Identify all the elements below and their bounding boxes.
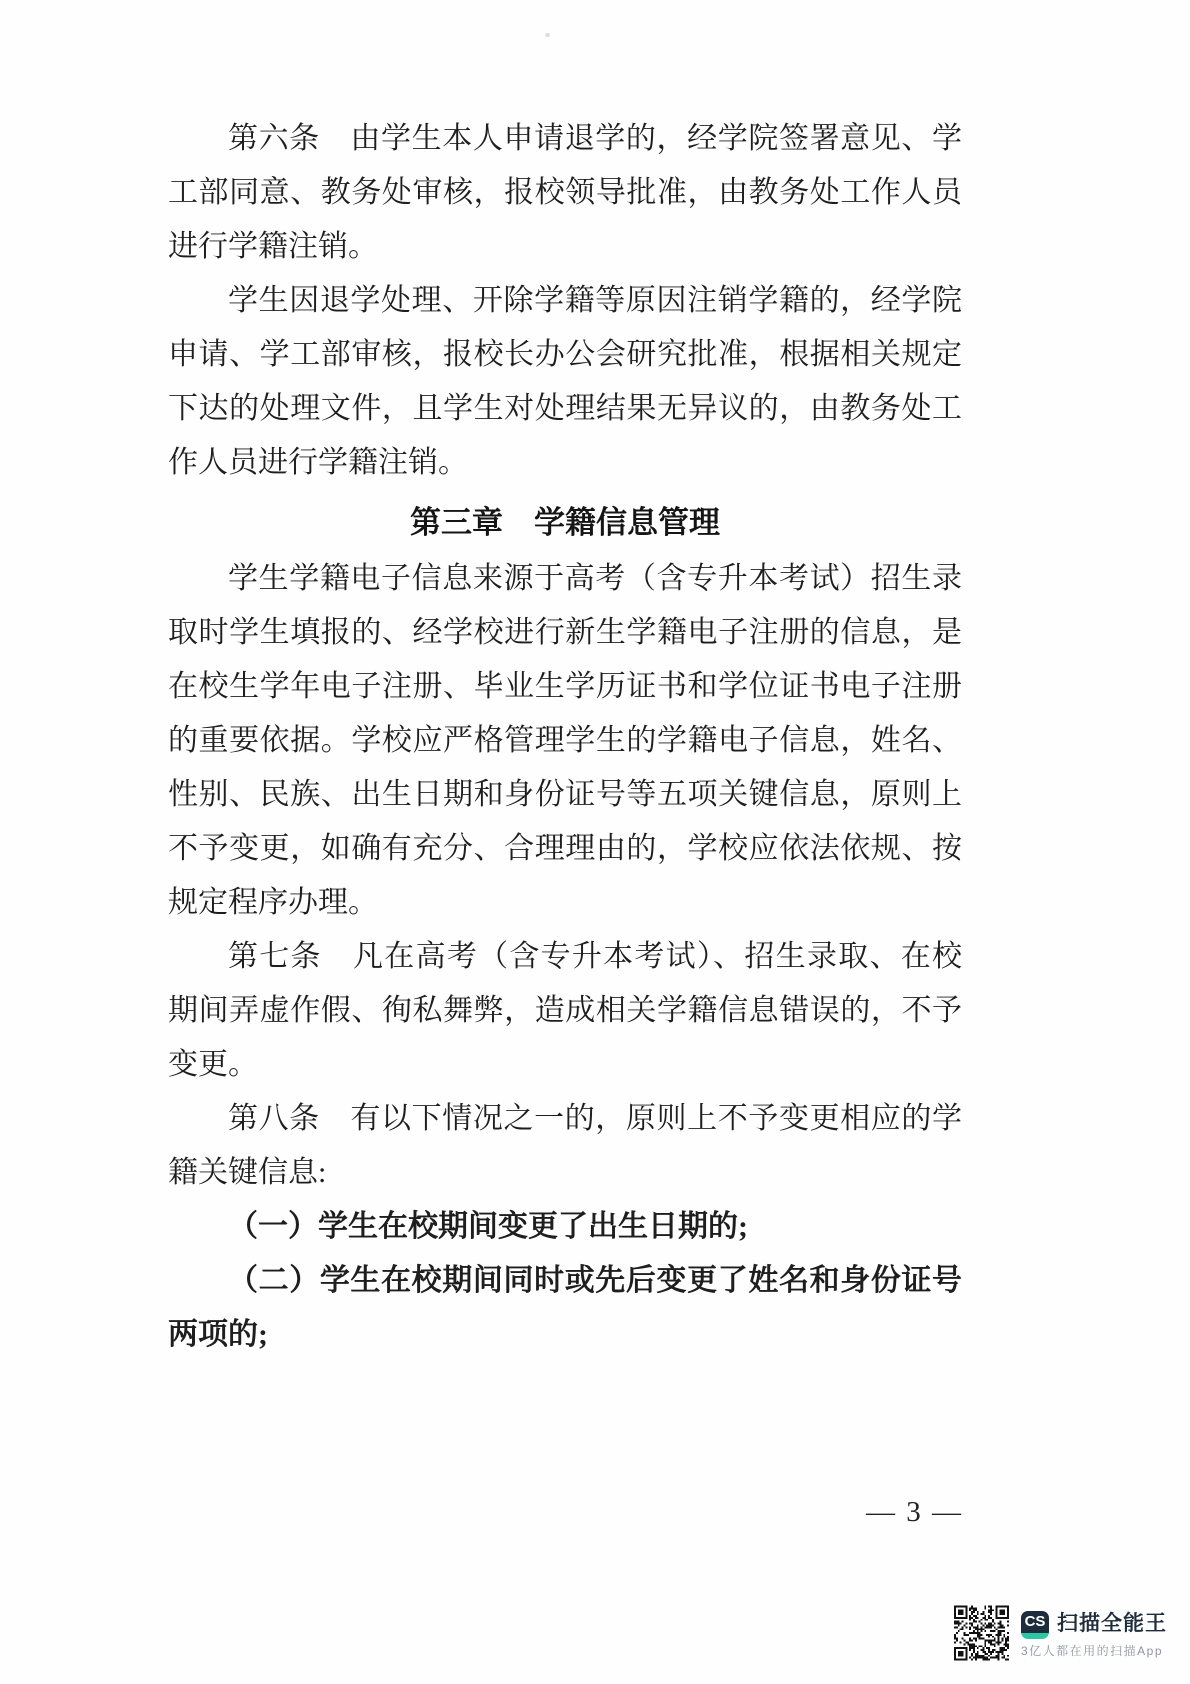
- qr-code-icon: [954, 1604, 1009, 1662]
- text-line: 规定程序办理。: [168, 876, 962, 930]
- scanned-page: 第六条 由学生本人申请退学的，经学院签署意见、学工部同意、教务处审核，报校领导批…: [0, 0, 1190, 1684]
- page-number: — 3 —: [866, 1496, 963, 1529]
- text-line: 期间弄虚作假、徇私舞弊，造成相关学籍信息错误的，不予: [168, 984, 962, 1038]
- text-line: 学生学籍电子信息来源于高考（含专升本考试）招生录: [168, 552, 962, 606]
- text-line: 性别、民族、出生日期和身份证号等五项关键信息，原则上: [168, 768, 962, 822]
- text-line: 下达的处理文件，且学生对处理结果无异议的，由教务处工: [168, 382, 962, 436]
- text-line: 第七条 凡在高考（含专升本考试）、招生录取、在校: [168, 930, 962, 984]
- text-line: 两项的;: [168, 1308, 962, 1362]
- text-line: （一）学生在校期间变更了出生日期的;: [168, 1200, 962, 1254]
- text-line: 学生因退学处理、开除学籍等原因注销学籍的，经学院: [168, 274, 962, 328]
- camscanner-watermark: CS 扫描全能王 3亿人都在用的扫描App: [954, 1604, 1190, 1664]
- text-line: 籍关键信息:: [168, 1146, 962, 1200]
- chapter-heading: 第三章 学籍信息管理: [168, 496, 962, 550]
- camscanner-tagline: 3亿人都在用的扫描App: [1021, 1644, 1163, 1658]
- text-line: （二）学生在校期间同时或先后变更了姓名和身份证号: [168, 1254, 962, 1308]
- text-line: 取时学生填报的、经学校进行新生学籍电子注册的信息，是: [168, 606, 962, 660]
- text-line: 不予变更，如确有充分、合理理由的，学校应依法依规、按: [168, 822, 962, 876]
- text-line: 作人员进行学籍注销。: [168, 436, 962, 490]
- scan-speck-artifact: [545, 33, 550, 37]
- camscanner-app-name: 扫描全能王: [1057, 1611, 1167, 1637]
- camscanner-logo-icon: CS: [1021, 1611, 1049, 1639]
- document-body: 第六条 由学生本人申请退学的，经学院签署意见、学工部同意、教务处审核，报校领导批…: [168, 112, 962, 1362]
- text-line: 进行学籍注销。: [168, 220, 962, 274]
- text-line: 的重要依据。学校应严格管理学生的学籍电子信息，姓名、: [168, 714, 962, 768]
- text-line: 工部同意、教务处审核，报校领导批准，由教务处工作人员: [168, 166, 962, 220]
- text-line: 第六条 由学生本人申请退学的，经学院签署意见、学: [168, 112, 962, 166]
- text-line: 第八条 有以下情况之一的，原则上不予变更相应的学: [168, 1092, 962, 1146]
- camscanner-logo-text: CS: [1025, 1611, 1046, 1633]
- text-line: 申请、学工部审核，报校长办公会研究批准，根据相关规定: [168, 328, 962, 382]
- text-line: 变更。: [168, 1038, 962, 1092]
- text-line: 在校生学年电子注册、毕业生学历证书和学位证书电子注册: [168, 660, 962, 714]
